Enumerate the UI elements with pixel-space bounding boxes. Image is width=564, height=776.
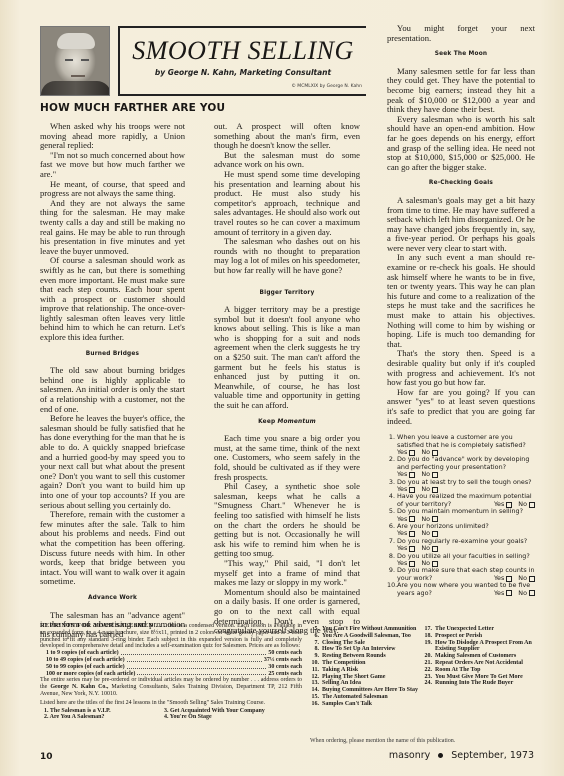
lesson-number: 17. — [423, 626, 435, 633]
question-text: Do you regularly re-examine your goals? — [397, 537, 527, 545]
lesson-number: 10. — [310, 660, 322, 667]
paragraph: How far are you going? If you can answer… — [387, 388, 535, 426]
lesson-number: 14. — [310, 687, 322, 694]
question-number: 10. — [387, 582, 397, 597]
question-body: Do you do "advance" work by developing a… — [397, 456, 535, 478]
lesson-title: The Unexpected Letter — [435, 626, 535, 633]
paragraph: That's the story then. Speed is a desira… — [387, 349, 535, 387]
quiz-question: 4.Have you realized the maximum potentia… — [387, 493, 535, 508]
lesson-number: 22. — [423, 667, 435, 674]
paragraph: And they are not always the same thing f… — [40, 199, 185, 257]
no-checkbox[interactable] — [529, 590, 535, 596]
lesson-item: 24.Running Into The Rude Buyer — [423, 680, 535, 687]
subheading-seek-the-moon: Seek The Moon — [387, 50, 535, 60]
paragraph: out. A prospect will often know somethin… — [214, 122, 360, 151]
question-number: 8. — [387, 553, 397, 568]
lesson-item: 5.You Can't Fire Without Ammunition — [310, 626, 420, 633]
quiz-question: 9.Do you make sure that each step counts… — [387, 567, 535, 582]
lesson-number: 1. — [44, 708, 49, 714]
price-value: 37½ cents each — [264, 657, 302, 664]
question-text: Do you utilize all your faculties in sel… — [397, 552, 530, 560]
lesson-item: 16.Samples Can't Talk — [310, 701, 420, 708]
price-value: 50 cents each — [268, 650, 302, 657]
lesson-number: 18. — [423, 633, 435, 640]
leader-dots — [127, 664, 267, 669]
subheading-re-checking-goals: Re-Checking Goals — [387, 179, 535, 189]
paragraph: Each time you snare a big order you must… — [214, 434, 360, 482]
quiz-question: 1.When you leave a customer are you sati… — [387, 434, 535, 456]
lesson-title: The Competition — [322, 660, 420, 667]
question-body: Are your horizons unlimited?YesNo — [397, 523, 535, 538]
bullet-icon — [438, 753, 443, 758]
lesson-number: 3. — [164, 708, 169, 714]
lesson-title: You Must Give More To Get More — [435, 674, 535, 681]
question-body: When you leave a customer are you satisf… — [397, 434, 535, 456]
paragraph: You might forget your next presentation. — [387, 24, 535, 43]
paragraph: Phil Casey, a synthetic shoe sole salesm… — [214, 482, 360, 559]
lesson-number: 7. — [310, 640, 322, 647]
lesson-title: How To Dislodge A Prospect From An Exist… — [435, 640, 535, 654]
lesson-number: 5. — [310, 626, 322, 633]
quiz-question: 3.Do you at least try to sell the tough … — [387, 479, 535, 494]
lesson-item: 20.Making Salesmen of Customers — [423, 653, 535, 660]
subheading-bigger-territory: Bigger Territory — [214, 289, 360, 299]
subheading-keep-momentum: Keep Momentum — [214, 418, 360, 428]
quiz-question: 7.Do you regularly re-examine your goals… — [387, 538, 535, 553]
lesson-item: 22.Room At The Top — [423, 667, 535, 674]
question-body: Do you utilize all your faculties in sel… — [397, 553, 535, 568]
lesson-number: 16. — [310, 701, 322, 708]
paragraph: Many salesmen settle for far less than t… — [387, 67, 535, 115]
paragraph: A bigger territory may be a prestige sym… — [214, 305, 360, 411]
paragraph: In any such event a man should re-examin… — [387, 253, 535, 349]
article-headline: HOW MUCH FARTHER ARE YOU — [40, 102, 225, 114]
lesson-list-1: 1. The Salesman is a V.I.P.3. Get Acquai… — [40, 708, 302, 722]
lesson-number: 19. — [423, 640, 435, 654]
column-title: SMOOTH SELLING — [120, 36, 366, 66]
lesson-title: The Automated Salesman — [322, 694, 420, 701]
lesson-item: 7.Closing The Sale — [310, 640, 420, 647]
price-value: 25 cents each — [268, 671, 302, 678]
question-number: 9. — [387, 567, 397, 582]
paragraph: A salesman's goals may get a bit hazy fr… — [387, 196, 535, 254]
paragraph: Therefore, remain with the customer a fe… — [40, 510, 185, 587]
subheading-advance-work: Advance Work — [40, 594, 185, 604]
price-row: 10 to 49 copies (of each article)37½ cen… — [40, 657, 302, 664]
lesson-title: Playing The Short Game — [322, 674, 420, 681]
lesson-item: 1. The Salesman is a V.I.P. — [44, 708, 164, 715]
lesson-number: 12. — [310, 674, 322, 681]
paragraph: "I'm not so much concerned about how fas… — [40, 151, 185, 180]
question-number: 1. — [387, 434, 397, 456]
question-text: Do you do "advance" work by developing a… — [397, 455, 529, 470]
copyright-notice: © MCMLXIX by George N. Kahn — [291, 84, 362, 89]
lesson-title: Samples Can't Talk — [322, 701, 420, 708]
lesson-number: 24. — [423, 680, 435, 687]
lesson-item: 8.How To Set Up An Interview — [310, 646, 420, 653]
lesson-title: Repeat Orders Are Not Accidental — [435, 660, 535, 667]
lesson-number: 23. — [423, 674, 435, 681]
question-number: 2. — [387, 456, 397, 478]
paragraph: Of course a salesman should work as swif… — [40, 256, 185, 342]
lesson-number: 21. — [423, 660, 435, 667]
paragraph: "This way," Phil said, "I don't let myse… — [214, 559, 360, 588]
price-value: 30 cents each — [268, 664, 302, 671]
lesson-title: The Salesman is a V.I.P. — [50, 708, 111, 714]
no-checkbox[interactable] — [529, 502, 535, 508]
lesson-title: Buying Committees Are Here To Stay — [322, 687, 420, 694]
article-column-3: You might forget your next presentation.… — [387, 24, 535, 597]
question-text: Do you at least try to sell the tough on… — [397, 478, 532, 486]
lesson-item: 14.Buying Committees Are Here To Stay — [310, 687, 420, 694]
question-number: 7. — [387, 538, 397, 553]
lesson-item: 13.Selling An Idea — [310, 680, 420, 687]
lesson-number: 20. — [423, 653, 435, 660]
lesson-title: How To Set Up An Interview — [322, 646, 420, 653]
page-footer: masonrySeptember, 1973 — [389, 750, 534, 761]
lesson-item: 17.The Unexpected Letter — [423, 626, 535, 633]
byline: by George N. Kahn, Marketing Consultant — [120, 68, 366, 77]
lesson-item: 9.Resting Between Rounds — [310, 653, 420, 660]
price-row: 1 to 9 copies (of each article)50 cents … — [40, 650, 302, 657]
subheading-burned-bridges: Burned Bridges — [40, 350, 185, 360]
lesson-title: Get Acquainted With Your Company — [170, 708, 265, 714]
lesson-item: 19.How To Dislodge A Prospect From An Ex… — [423, 640, 535, 654]
price-quantity: 1 to 9 copies (of each article) — [40, 650, 119, 657]
leader-dots — [121, 650, 267, 655]
question-number: 4. — [387, 493, 397, 508]
question-body: Do you at least try to sell the tough on… — [397, 479, 535, 494]
lesson-number: 2. — [44, 714, 49, 720]
question-text: Are your horizons unlimited? — [397, 522, 489, 530]
lesson-title: You're On Stage — [170, 714, 212, 720]
quiz-question: 6.Are your horizons unlimited?YesNo — [387, 523, 535, 538]
price-quantity: 100 or more copies (of each article) — [40, 671, 135, 678]
reprints-offer: REPRINTS FOR YOUR SALESMEN . . . this is… — [40, 623, 302, 721]
question-body: Do you maintain momentum in selling?YesN… — [397, 508, 535, 523]
question-body: Do you make sure that each step counts i… — [397, 567, 535, 582]
leader-dots — [127, 657, 262, 662]
question-body: Have you realized the maximum potential … — [397, 493, 535, 508]
quiz-question: 8.Do you utilize all your faculties in s… — [387, 553, 535, 568]
lesson-number: 9. — [310, 653, 322, 660]
lesson-item: 12.Playing The Short Game — [310, 674, 420, 681]
lesson-item: 6.You Are A Goodwill Salesman, Too — [310, 633, 420, 640]
paragraph: The old saw about burning bridges behind… — [40, 366, 185, 414]
question-number: 5. — [387, 508, 397, 523]
self-quiz: 1.When you leave a customer are you sati… — [387, 434, 535, 597]
no-label: No — [518, 590, 527, 597]
lesson-title: Taking A Risk — [322, 667, 420, 674]
company-name: George N. Kahn Co., — [50, 684, 108, 690]
title-box: SMOOTH SELLING by George N. Kahn, Market… — [118, 26, 366, 96]
yes-checkbox[interactable] — [506, 590, 512, 596]
quiz-question: 5.Do you maintain momentum in selling?Ye… — [387, 508, 535, 523]
question-number: 3. — [387, 479, 397, 494]
yes-label: Yes — [494, 590, 504, 597]
author-photo — [40, 26, 110, 96]
publication-name: masonry — [389, 750, 430, 761]
question-body: Do you regularly re-examine your goals?Y… — [397, 538, 535, 553]
lesson-item: 10.The Competition — [310, 660, 420, 667]
lesson-title: Prospect or Perish — [435, 633, 535, 640]
quiz-question: 2.Do you do "advance" work by developing… — [387, 456, 535, 478]
lesson-title: Selling An Idea — [322, 680, 420, 687]
reprints-lead: REPRINTS FOR YOUR SALESMEN . . . — [40, 622, 166, 629]
lesson-title: Room At The Top — [435, 667, 535, 674]
page-number: 10 — [40, 752, 53, 762]
lesson-title: Resting Between Rounds — [322, 653, 420, 660]
paragraph: He must spend some time developing his p… — [214, 170, 360, 237]
paragraph: But the salesman must do some advance wo… — [214, 151, 360, 170]
leader-dots — [137, 671, 266, 676]
lesson-item: 23.You Must Give More To Get More — [423, 674, 535, 681]
no-option[interactable]: No — [518, 590, 535, 597]
lesson-title: You Are A Goodwill Salesman, Too — [322, 633, 420, 640]
article-column-1: When asked why his troops were not movin… — [40, 122, 185, 639]
question-text: When you leave a customer are you satisf… — [397, 433, 526, 448]
magazine-page: SMOOTH SELLING by George N. Kahn, Market… — [0, 0, 564, 776]
lesson-title: You Can't Fire Without Ammunition — [322, 626, 420, 633]
lesson-number: 11. — [310, 667, 322, 674]
lesson-title: Making Salesmen of Customers — [435, 653, 535, 660]
paragraph: He meant, of course, that speed and prog… — [40, 180, 185, 199]
lesson-number: 4. — [164, 714, 169, 720]
order-note: When ordering, please mention the name o… — [310, 738, 455, 744]
lesson-item: 15.The Automated Salesman — [310, 694, 420, 701]
lesson-item: 18.Prospect or Perish — [423, 633, 535, 640]
lesson-title: Closing The Sale — [322, 640, 420, 647]
paragraph: Every salesman who is worth his salt sho… — [387, 115, 535, 173]
quiz-question: 10.Are you now where you wanted to be fi… — [387, 582, 535, 597]
lesson-title: Are You A Salesman? — [50, 714, 105, 720]
price-row: 100 or more copies (of each article)25 c… — [40, 671, 302, 678]
lesson-item: 2. Are You A Salesman? — [44, 714, 164, 721]
question-number: 6. — [387, 523, 397, 538]
column-header: SMOOTH SELLING by George N. Kahn, Market… — [40, 26, 366, 96]
issue-date: September, 1973 — [451, 750, 534, 761]
paragraph: When asked why his troops were not movin… — [40, 122, 185, 151]
price-quantity: 50 to 99 copies (of each article) — [40, 664, 125, 671]
lesson-title: Running Into The Rude Buyer — [435, 680, 535, 687]
lesson-item: 4. You're On Stage — [164, 714, 304, 721]
lesson-number: 6. — [310, 633, 322, 640]
lesson-item: 21.Repeat Orders Are Not Accidental — [423, 660, 535, 667]
lesson-item: 3. Get Acquainted With Your Company — [164, 708, 304, 715]
question-body: Are you now where you wanted to be five … — [397, 582, 535, 597]
paragraph: Before he leaves the buyer's office, the… — [40, 414, 185, 510]
lesson-number: 13. — [310, 680, 322, 687]
paragraph: The salesman who dashes out on his round… — [214, 237, 360, 275]
price-quantity: 10 to 49 copies (of each article) — [40, 657, 125, 664]
lesson-number: 8. — [310, 646, 322, 653]
yes-no-options: YesNo — [494, 590, 535, 597]
lesson-item: 11.Taking A Risk — [310, 667, 420, 674]
lesson-list-2: 5.You Can't Fire Without Ammunition6.You… — [310, 626, 420, 708]
yes-option[interactable]: Yes — [494, 590, 512, 597]
lesson-number: 15. — [310, 694, 322, 701]
lesson-list-3: 17.The Unexpected Letter18.Prospect or P… — [423, 626, 535, 687]
article-column-2: out. A prospect will often know somethin… — [214, 122, 360, 636]
price-list: 1 to 9 copies (of each article)50 cents … — [40, 650, 302, 677]
question-text: Do you maintain momentum in selling? — [397, 507, 523, 515]
price-row: 50 to 99 copies (of each article)30 cent… — [40, 664, 302, 671]
